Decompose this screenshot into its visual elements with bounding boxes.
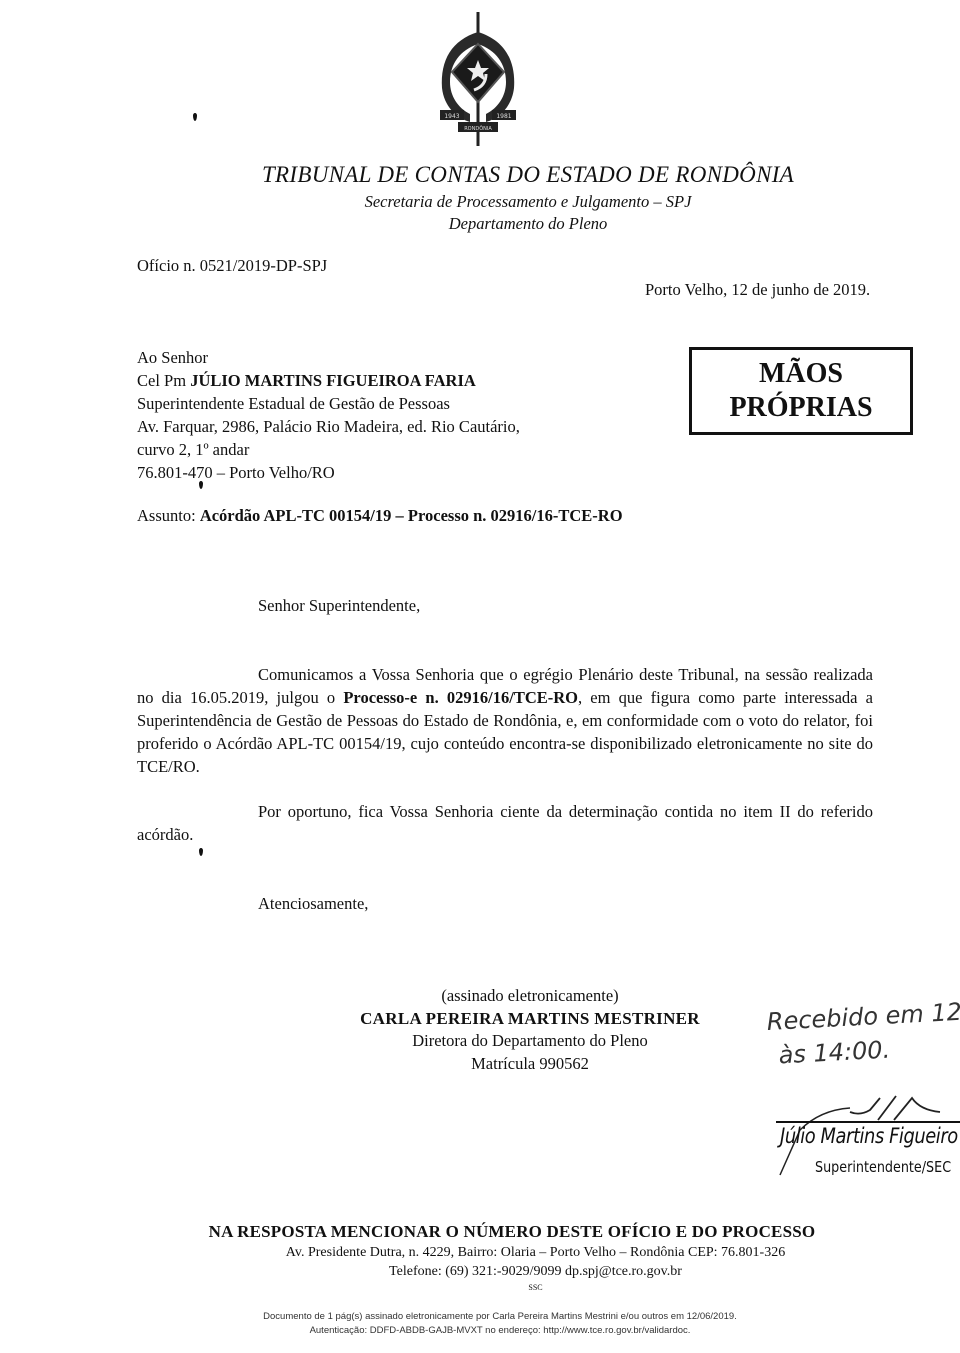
svg-text:RONDÔNIA: RONDÔNIA bbox=[464, 125, 492, 132]
footer-address: Av. Presidente Dutra, n. 4229, Bairro: O… bbox=[0, 1245, 960, 1261]
oficio-number: Ofício n. 0521/2019-DP-SPJ bbox=[137, 256, 327, 276]
footer-notice: NA RESPOSTA MENCIONAR O NÚMERO DESTE OFÍ… bbox=[0, 1222, 960, 1242]
addressee-block: Ao Senhor Cel Pm JÚLIO MARTINS FIGUEIROA… bbox=[137, 346, 520, 484]
department-name: Departamento do Pleno bbox=[0, 214, 960, 234]
addressee-address-line3: 76.801-470 – Porto Velho/RO bbox=[137, 461, 520, 484]
secretariat-subtitle: Secretaria de Processamento e Julgamento… bbox=[0, 192, 960, 212]
institution-title: TRIBUNAL DE CONTAS DO ESTADO DE RONDÔNIA bbox=[0, 162, 960, 188]
addressee-rank: Cel Pm bbox=[137, 371, 190, 390]
receipt-stamp-role: Superintendente/SEC bbox=[815, 1158, 951, 1176]
process-reference: Processo-e n. 02916/16/TCE-RO bbox=[343, 688, 578, 707]
signature-note: (assinado eletronicamente) bbox=[310, 985, 750, 1008]
signatory-name: CARLA PEREIRA MARTINS MESTRINER bbox=[310, 1008, 750, 1031]
scan-speck bbox=[193, 113, 197, 121]
signatory-registration: Matrícula 990562 bbox=[310, 1053, 750, 1076]
subject-text: Acórdão APL-TC 00154/19 – Processo n. 02… bbox=[200, 506, 623, 525]
stamp-line1: MÃOS bbox=[692, 357, 910, 391]
footer-initials: SSC bbox=[0, 1283, 960, 1292]
body-paragraph-2: Por oportuno, fica Vossa Senhoria ciente… bbox=[137, 800, 873, 846]
footer-contact: Telefone: (69) 321:-9029/9099 dp.spj@tce… bbox=[0, 1264, 960, 1280]
coat-of-arms-emblem: 1943 1981 RONDÔNIA bbox=[434, 10, 522, 150]
addressee-salutation: Ao Senhor bbox=[137, 346, 520, 369]
body-paragraph-1: Comunicamos a Vossa Senhoria que o egrég… bbox=[137, 663, 873, 778]
addressee-address-line1: Av. Farquar, 2986, Palácio Rio Madeira, … bbox=[137, 415, 520, 438]
closing: Atenciosamente, bbox=[258, 894, 368, 914]
svg-text:1981: 1981 bbox=[496, 113, 511, 120]
subject-line: Assunto: Acórdão APL-TC 00154/19 – Proce… bbox=[137, 506, 623, 526]
receipt-stamp-name: Júlio Martins Figueiro bbox=[780, 1124, 958, 1148]
subject-label: Assunto: bbox=[137, 506, 200, 525]
receipt-signature-line bbox=[776, 1121, 960, 1123]
authentication-line2: Autenticação: DDFD-ABDB-GAJB-MVXT no end… bbox=[0, 1325, 960, 1336]
handwritten-receipt-note: Recebido em 12/06, às 14:00. bbox=[766, 992, 960, 1073]
addressee-address-line2: curvo 2, 1º andar bbox=[137, 438, 520, 461]
greeting: Senhor Superintendente, bbox=[258, 596, 420, 616]
addressee-name-line: Cel Pm JÚLIO MARTINS FIGUEIROA FARIA bbox=[137, 369, 520, 392]
place-date: Porto Velho, 12 de junho de 2019. bbox=[645, 280, 870, 300]
svg-text:1943: 1943 bbox=[444, 113, 459, 120]
stamp-line2: PRÓPRIAS bbox=[692, 391, 910, 425]
signatory-role: Diretora do Departamento do Pleno bbox=[310, 1030, 750, 1053]
scan-speck bbox=[199, 848, 203, 856]
authentication-line1: Documento de 1 pág(s) assinado eletronic… bbox=[0, 1311, 960, 1322]
addressee-role: Superintendente Estadual de Gestão de Pe… bbox=[137, 392, 520, 415]
addressee-name: JÚLIO MARTINS FIGUEIROA FARIA bbox=[190, 371, 476, 390]
signature-block: (assinado eletronicamente) CARLA PEREIRA… bbox=[310, 985, 750, 1075]
personal-delivery-stamp: MÃOS PRÓPRIAS bbox=[689, 347, 913, 435]
